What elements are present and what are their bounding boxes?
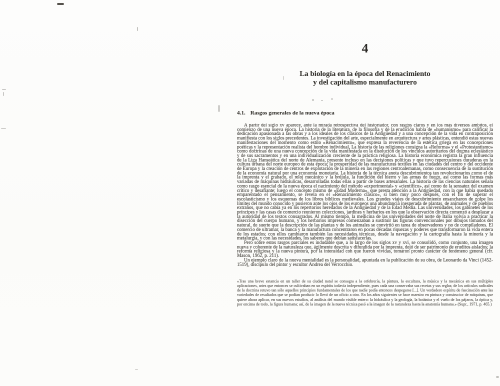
scan-speck [283, 76, 284, 80]
section-number: 4.1. [237, 110, 245, 116]
chapter-number: 4 [237, 42, 493, 55]
chapter-title-line2: y del capitalismo manufacturero [237, 79, 493, 88]
chapter-title-line1: La biología en la época del Renacimiento [237, 70, 493, 79]
paragraph-1: A partir del siglo xv aparece, ante la m… [237, 124, 493, 241]
scan-speck [218, 105, 220, 112]
scan-speck [321, 100, 323, 101]
paragraph-3: Un ejemplo claro de la nueva mentalidad … [237, 258, 493, 267]
scan-speck [312, 99, 314, 101]
scan-speck [2, 89, 6, 90]
scanned-page: 4 La biología en la época del Renacimien… [0, 0, 500, 386]
text-column: 4 La biología en la época del Renacimien… [237, 42, 493, 306]
section-heading: 4.1.Rasgos generales de la nueva época [237, 110, 493, 117]
scan-speck [135, 369, 138, 370]
scan-speck [137, 27, 138, 31]
scan-speck [57, 3, 64, 5]
paragraph-2: Pero sobre estos rasgos parciales es ind… [237, 241, 493, 258]
footnote: «Tras una breve estancia en un taller de… [237, 279, 493, 306]
scan-speck [3, 92, 4, 96]
chapter-title: La biología en la época del Renacimiento… [237, 70, 493, 87]
scan-speck [496, 376, 499, 378]
scan-speck [331, 98, 333, 100]
section-title: Rasgos generales de la nueva época [250, 110, 334, 116]
body-text: A partir del siglo xv aparece, ante la m… [237, 124, 493, 268]
scan-speck [1, 128, 6, 129]
